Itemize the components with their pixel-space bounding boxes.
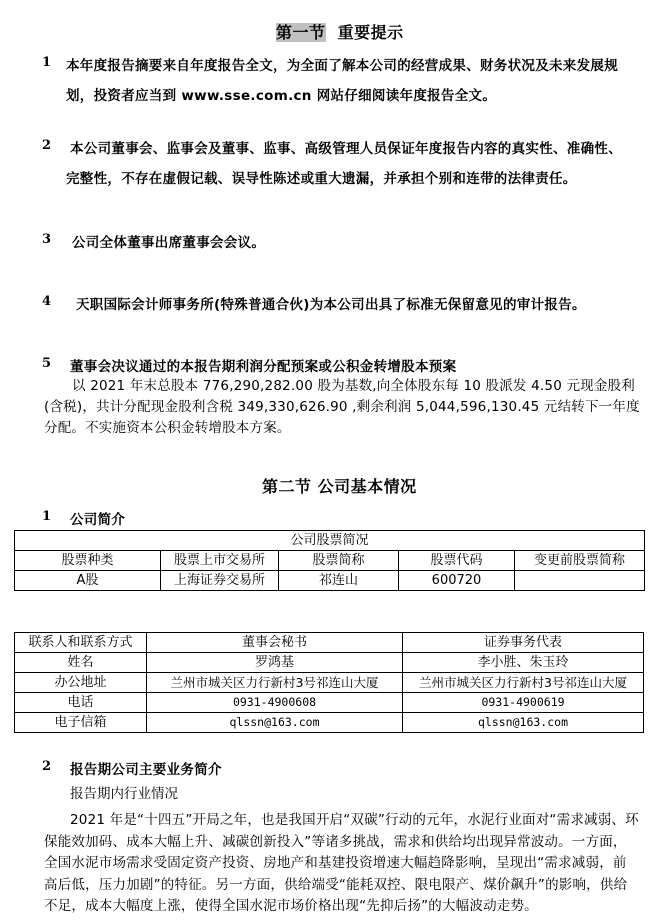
table-row: 电话 0931-4900608 0931-4900619 xyxy=(15,693,644,713)
item-2-line-1: 本公司董事会、监事会及董事、监事、高级管理人员保证年度报告内容的真实性、准确性、 xyxy=(70,137,622,157)
section1-title-prefix: 第一节 xyxy=(276,23,326,42)
row-label: 姓名 xyxy=(15,653,147,673)
contact-info-table: 联系人和联系方式 董事会秘书 证券事务代表 姓名 罗鸿基 李小胜、朱玉玲 办公地… xyxy=(14,632,644,733)
secretary-name: 罗鸿基 xyxy=(147,653,403,673)
item-number: 1 xyxy=(42,55,51,70)
stock-info-table: 公司股票简况 股票种类 股票上市交易所 股票简称 股票代码 变更前股票简称 A股… xyxy=(14,530,645,591)
section1-title: 第一节 重要提示 xyxy=(276,20,404,43)
table-row: 电子信箱 qlssn@163.com qlssn@163.com xyxy=(15,713,644,733)
former-name-cell xyxy=(515,571,645,591)
representative-email: qlssn@163.com xyxy=(403,713,644,733)
row-label: 电子信箱 xyxy=(15,713,147,733)
row-label: 办公地址 xyxy=(15,673,147,693)
secretary-phone: 0931-4900608 xyxy=(147,693,403,713)
header-cell: 联系人和联系方式 xyxy=(15,633,147,653)
subsection-number: 2 xyxy=(42,759,51,774)
item-number: 5 xyxy=(42,356,51,371)
stock-type-cell: A股 xyxy=(15,571,161,591)
representative-address: 兰州市城关区力行新村3号祁连山大厦 xyxy=(403,673,644,693)
section2-title: 第二节 公司基本情况 xyxy=(262,474,417,497)
subsection-title-business: 报告期公司主要业务简介 xyxy=(70,758,222,778)
dividend-paragraph: 以 2021 年末总股本 776,290,282.00 股为基数,向全体股东每 … xyxy=(44,376,640,439)
table-row: 姓名 罗鸿基 李小胜、朱玉玲 xyxy=(15,653,644,673)
header-cell: 股票种类 xyxy=(15,551,161,571)
header-cell: 股票代码 xyxy=(399,551,515,571)
item-2-line-2: 完整性，不存在虚假记载、误导性陈述或重大遗漏，并承担个别和连带的法律责任。 xyxy=(66,167,577,187)
stock-name-cell: 祁连山 xyxy=(279,571,399,591)
item-5-heading: 董事会决议通过的本报告期利润分配预案或公积金转增股本预案 xyxy=(70,355,456,375)
secretary-address: 兰州市城关区力行新村3号祁连山大厦 xyxy=(147,673,403,693)
header-cell: 董事会秘书 xyxy=(147,633,403,653)
table-header-row: 联系人和联系方式 董事会秘书 证券事务代表 xyxy=(15,633,644,653)
table-row: A股 上海证券交易所 祁连山 600720 xyxy=(15,571,645,591)
item-3-line: 公司全体董事出席董事会会议。 xyxy=(72,231,265,251)
item-4-line: 天职国际会计师事务所(特殊普通合伙)为本公司出具了标准无保留意见的审计报告。 xyxy=(76,293,586,313)
representative-name: 李小胜、朱玉玲 xyxy=(403,653,644,673)
row-label: 电话 xyxy=(15,693,147,713)
industry-paragraph: 2021 年是“十四五”开局之年，也是我国开启“双碳”行动的元年，水泥行业面对“… xyxy=(44,810,640,918)
exchange-cell: 上海证券交易所 xyxy=(161,571,279,591)
header-cell: 股票上市交易所 xyxy=(161,551,279,571)
subsection-number: 1 xyxy=(42,509,51,524)
header-cell: 变更前股票简称 xyxy=(515,551,645,571)
header-cell: 股票简称 xyxy=(279,551,399,571)
table-row: 公司股票简况 xyxy=(15,531,645,551)
item-number: 3 xyxy=(42,232,51,247)
item-1-line-1: 本年度报告摘要来自年度报告全文，为全面了解本公司的经营成果、财务状况及未来发展规 xyxy=(66,54,618,74)
subsection-title-company-intro: 公司简介 xyxy=(70,508,125,528)
stock-table-caption: 公司股票简况 xyxy=(15,531,645,551)
item-number: 2 xyxy=(42,138,51,153)
industry-heading: 报告期内行业情况 xyxy=(70,782,178,802)
secretary-email: qlssn@163.com xyxy=(147,713,403,733)
table-header-row: 股票种类 股票上市交易所 股票简称 股票代码 变更前股票简称 xyxy=(15,551,645,571)
section1-title-suffix: 重要提示 xyxy=(338,23,404,42)
item-1-line-2: 划，投资者应当到 www.sse.com.cn 网站仔细阅读年度报告全文。 xyxy=(66,84,496,104)
representative-phone: 0931-4900619 xyxy=(403,693,644,713)
header-cell: 证券事务代表 xyxy=(403,633,644,653)
item-number: 4 xyxy=(42,294,51,309)
table-row: 办公地址 兰州市城关区力行新村3号祁连山大厦 兰州市城关区力行新村3号祁连山大厦 xyxy=(15,673,644,693)
stock-code-cell: 600720 xyxy=(399,571,515,591)
